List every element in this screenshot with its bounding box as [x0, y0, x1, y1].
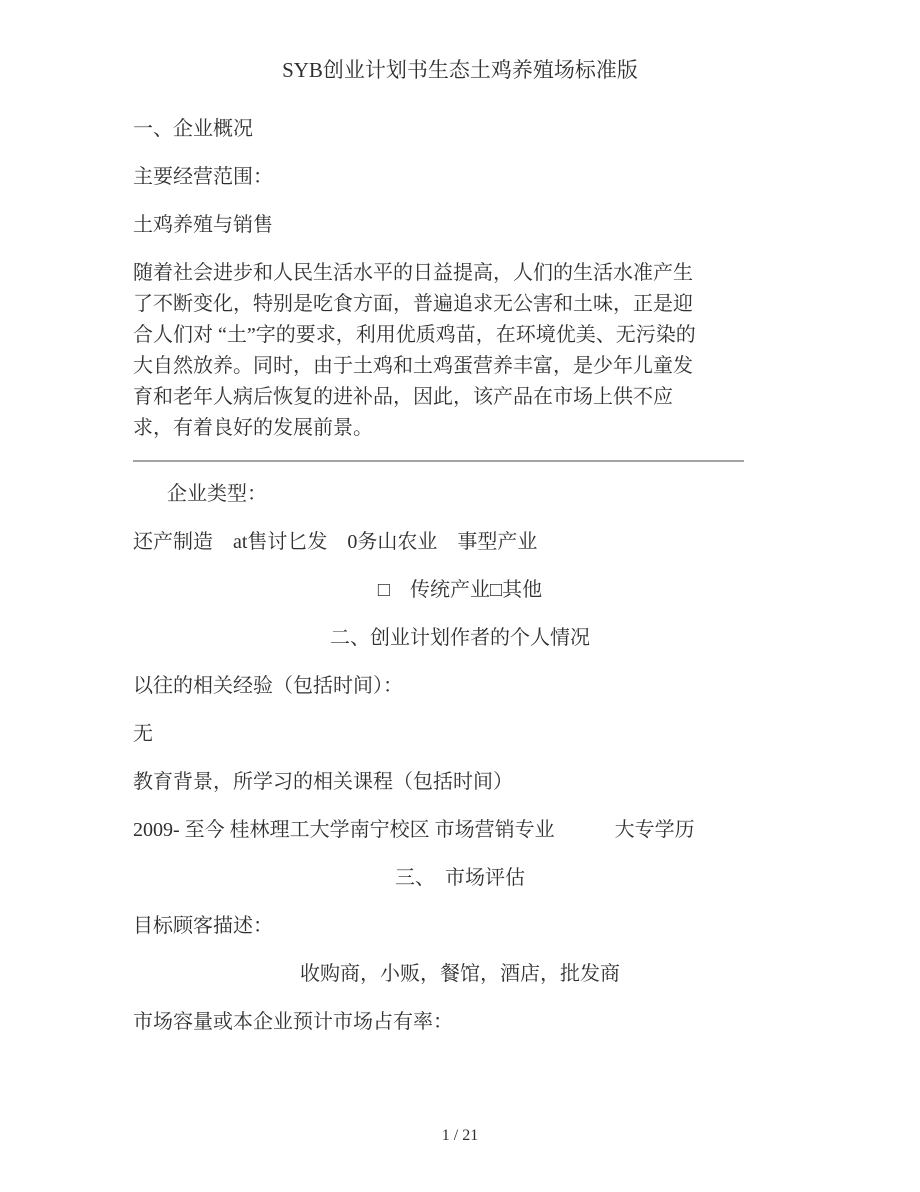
business-scope-label: 主要经营范围： — [133, 162, 787, 193]
enterprise-type-label: 企业类型： — [133, 479, 787, 510]
intro-paragraph: 随着社会进步和人民生活水平的日益提高，人们的生活水准产生 了不断变化，特别是吃食… — [133, 258, 787, 444]
enterprise-type-options-row-1: 还产制造 at售讨匕发 0务山农业 事型产业 — [133, 527, 787, 558]
section-1-heading: 一、企业概况 — [133, 114, 787, 145]
business-plan-document: SYB创业计划书生态土鸡养殖场标准版 一、企业概况 主要经营范围： 土鸡养殖与销… — [0, 0, 920, 1038]
education-value: 2009- 至今 桂林理工大学南宁校区 市场营销专业 大专学历 — [133, 815, 787, 846]
business-scope-value: 土鸡养殖与销售 — [133, 210, 787, 241]
document-title: SYB创业计划书生态土鸡养殖场标准版 — [133, 55, 787, 86]
target-customers-label: 目标顾客描述： — [133, 911, 787, 942]
experience-label: 以往的相关经验（包括时间）： — [133, 671, 787, 702]
market-share-label: 市场容量或本企业预计市场占有率： — [133, 1007, 787, 1038]
section-3-heading: 三、 市场评估 — [133, 863, 787, 894]
section-2-heading: 二、创业计划作者的个人情况 — [133, 623, 787, 654]
education-label: 教育背景，所学习的相关课程（包括时间） — [133, 767, 787, 798]
page-number: 1 / 21 — [0, 1126, 920, 1146]
experience-value: 无 — [133, 719, 787, 750]
section-divider — [133, 460, 744, 462]
enterprise-type-options-row-2: □ 传统产业□其他 — [133, 575, 787, 606]
target-customers-value: 收购商，小贩，餐馆，酒店，批发商 — [133, 959, 787, 990]
